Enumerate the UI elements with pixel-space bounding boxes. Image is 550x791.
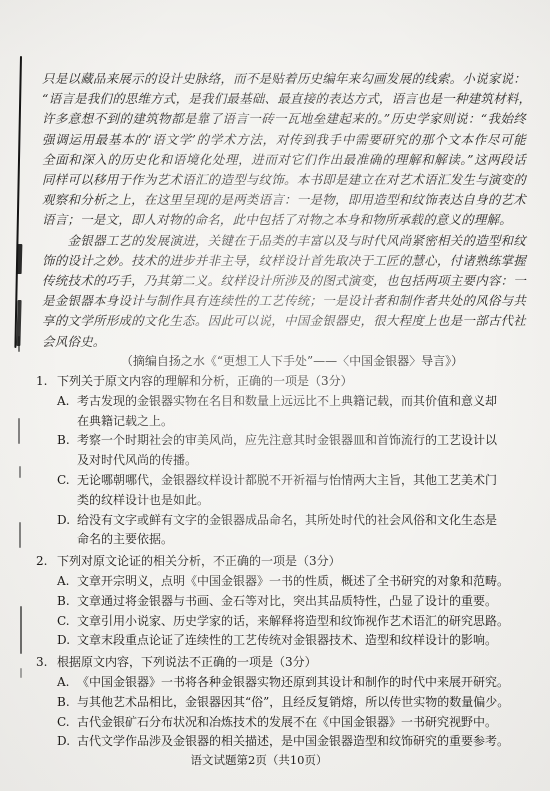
- passage-line: 只是以藏品来展示的设计史脉络，而不是贴着历史编年来勾画发展的线索。小说家说：: [42, 69, 526, 89]
- option-d: D. 古代文学作品涉及金银器的相关描述，是中国金银器造型和纹饰研究的重要参考。: [57, 732, 528, 752]
- option-label: C.: [57, 471, 77, 511]
- option-b: B. 考察一个时期社会的审美风尚，应先注意其时金银器皿和首饰流行的工艺设计以 及…: [57, 431, 528, 471]
- option-a: A. 考古发现的金银器实物在名目和数量上远远比不上典籍记载，而其价值和意义却 在…: [57, 392, 528, 432]
- option-label: D.: [57, 732, 77, 752]
- question-3: 3. 根据原文内容，下列说法不正确的一项是（3分） A. 《中国金银器》一书将各…: [36, 653, 528, 752]
- option-text: 无论哪朝哪代，金银器纹样设计都脱不开祈福与怡情两大主旨，其他工艺美术门: [77, 471, 528, 491]
- passage-attribution: （摘编自扬之水《“更想工人下手处”——〈中国金银器〉导言》）: [50, 352, 534, 369]
- question-2: 2. 下列对原文论证的相关分析，不正确的一项是（3分） A. 文章开宗明义，点明…: [36, 552, 528, 651]
- option-label: C.: [57, 713, 77, 733]
- passage-line: 全面和深入的历史化和语境化处理，进而对它们作出最准确的理解和解读。”这两段话: [42, 150, 526, 170]
- question-stem: 下列关于原文内容的理解和分析，正确的一项是（3分）: [57, 372, 528, 392]
- passage-line: 享的文学所形成的文化生态。因此可以说，中国金银器史，很大程度上也是一部古代社: [42, 311, 526, 331]
- option-text: 古代金银矿石分布状况和冶炼技术的发展不在《中国金银器》一书研究视野中。: [77, 713, 528, 733]
- option-text: 《中国金银器》一书将各种金银器实物还原到其设计和制作的时代中来展开研究。: [77, 673, 528, 693]
- option-text: 命名的主要依据。: [77, 530, 528, 550]
- page-footer: 语文试题第2页（共10页）: [0, 752, 534, 768]
- option-label: A.: [57, 572, 77, 592]
- option-label: D.: [57, 631, 77, 651]
- passage-line: 语言；一是文，即人对物的命名，此中包括了对物之本身和物所承载的意义的理解。: [42, 210, 526, 230]
- option-text: 考古发现的金银器实物在名目和数量上远远比不上典籍记载，而其价值和意义却: [77, 392, 528, 412]
- option-text: 文章末段重点论证了连续性的工艺传统对金银器技术、造型和纹样设计的影响。: [77, 631, 528, 651]
- question-stem: 根据原文内容，下列说法不正确的一项是（3分）: [57, 653, 528, 673]
- passage-line: 会风俗史。: [42, 332, 526, 352]
- scan-line-dash: [19, 522, 21, 548]
- option-text: 文章通过将金银器与书画、金石等对比，突出其品质特性，凸显了设计的重要。: [77, 592, 528, 612]
- passage-line: 观察和分析之上，在这里呈现的是两类语言：一是物，即用造型和纹饰表达自身的艺术: [42, 190, 526, 210]
- option-c: C. 无论哪朝哪代，金银器纹样设计都脱不开祈福与怡情两大主旨，其他工艺美术门 类…: [57, 471, 528, 511]
- option-a: A. 文章开宗明义，点明《中国金银器》一书的性质，概述了全书研究的对象和范畴。: [57, 572, 528, 592]
- option-label: A.: [57, 392, 77, 432]
- passage-line: 是金银器本身设计与制作具有连续性的工艺传统；一是设计者和制作者共处的风俗与共: [42, 291, 526, 311]
- option-text: 文章引用小说家、历史学家的话，来解释将造型和纹饰视作艺术语汇的研究思路。: [77, 612, 528, 632]
- scan-line-dash: [18, 418, 20, 444]
- option-c: C. 文章引用小说家、历史学家的话，来解释将造型和纹饰视作艺术语汇的研究思路。: [57, 612, 528, 632]
- option-a: A. 《中国金银器》一书将各种金银器实物还原到其设计和制作的时代中来展开研究。: [57, 673, 528, 693]
- question-1: 1. 下列关于原文内容的理解和分析，正确的一项是（3分） A. 考古发现的金银器…: [36, 372, 528, 550]
- question-number: 2.: [36, 552, 57, 572]
- passage-line: 金银器工艺的发展演进，关键在于品类的丰富以及与时代风尚紧密相关的造型和纹: [42, 231, 526, 251]
- question-number: 3.: [36, 653, 57, 673]
- option-text: 文章开宗明义，点明《中国金银器》一书的性质，概述了全书研究的对象和范畴。: [77, 572, 528, 592]
- option-label: B.: [57, 431, 77, 471]
- passage-line: “语言是我们的思维方式，是我们最基础、最直接的表达方式，语言也是一种建筑材料，: [42, 89, 526, 109]
- passage-line: 许多意想不到的建筑物都是靠了语言一砖一瓦地垒建起来的。”历史学家则说：“我始终: [42, 109, 526, 129]
- question-number: 1.: [36, 372, 57, 392]
- option-text: 给没有文字或鲜有文字的金银器成品命名，其所处时代的社会风俗和文化生态是: [77, 511, 528, 531]
- option-c: C. 古代金银矿石分布状况和冶炼技术的发展不在《中国金银器》一书研究视野中。: [57, 713, 528, 733]
- option-text: 在典籍记载之上。: [77, 412, 528, 432]
- scan-ink-blob: [17, 244, 22, 274]
- option-label: D.: [57, 511, 77, 551]
- option-label: A.: [57, 673, 77, 693]
- option-label: C.: [57, 612, 77, 632]
- option-text: 及对时代风尚的传播。: [77, 451, 528, 471]
- option-label: B.: [57, 693, 77, 713]
- option-b: B. 与其他艺术品相比，金银器因其“俗”，且经反复销熔，所以传世实物的数量偏少。: [57, 693, 528, 713]
- passage-line: 强调运用最基本的‘语文学’的学术方法，对传到我手中需要研究的那个文本作尽可能: [42, 130, 526, 150]
- option-text: 古代文学作品涉及金银器的相关描述，是中国金银器造型和纹饰研究的重要参考。: [77, 732, 528, 752]
- scan-line-dash: [20, 668, 22, 678]
- option-d: D. 文章末段重点论证了连续性的工艺传统对金银器技术、造型和纹样设计的影响。: [57, 631, 528, 651]
- scan-line-dash: [20, 606, 22, 654]
- option-b: B. 文章通过将金银器与书画、金石等对比，突出其品质特性，凸显了设计的重要。: [57, 592, 528, 612]
- passage-line: 同样可以移用于作为艺术语汇的造型与纹饰。本书即是建立在对艺术语汇发生与演变的: [42, 170, 526, 190]
- option-label: B.: [57, 592, 77, 612]
- scan-line-dash: [19, 466, 21, 478]
- option-text: 与其他艺术品相比，金银器因其“俗”，且经反复销熔，所以传世实物的数量偏少。: [77, 693, 528, 713]
- question-stem: 下列对原文论证的相关分析，不正确的一项是（3分）: [57, 552, 528, 572]
- passage-line: 饰的设计之妙。技术的进步并非主导，纹样设计首先取决于工匠的慧心，付诸熟练掌握: [42, 251, 526, 271]
- passage-line: 传统技术的巧手，乃其第二义。纹样设计所涉及的图式演变，也包括两项主要内容：一: [42, 271, 526, 291]
- reading-passage: 只是以藏品来展示的设计史脉络，而不是贴着历史编年来勾画发展的线索。小说家说： “…: [42, 69, 526, 352]
- option-text: 考察一个时期社会的审美风尚，应先注意其时金银器皿和首饰流行的工艺设计以: [77, 431, 528, 451]
- option-text: 类的纹样设计也是如此。: [77, 491, 528, 511]
- option-d: D. 给没有文字或鲜有文字的金银器成品命名，其所处时代的社会风俗和文化生态是 命…: [57, 511, 528, 551]
- question-list: 1. 下列关于原文内容的理解和分析，正确的一项是（3分） A. 考古发现的金银器…: [36, 372, 528, 754]
- scanned-exam-page: 只是以藏品来展示的设计史脉络，而不是贴着历史编年来勾画发展的线索。小说家说： “…: [0, 0, 550, 791]
- scan-line-dash: [18, 336, 20, 352]
